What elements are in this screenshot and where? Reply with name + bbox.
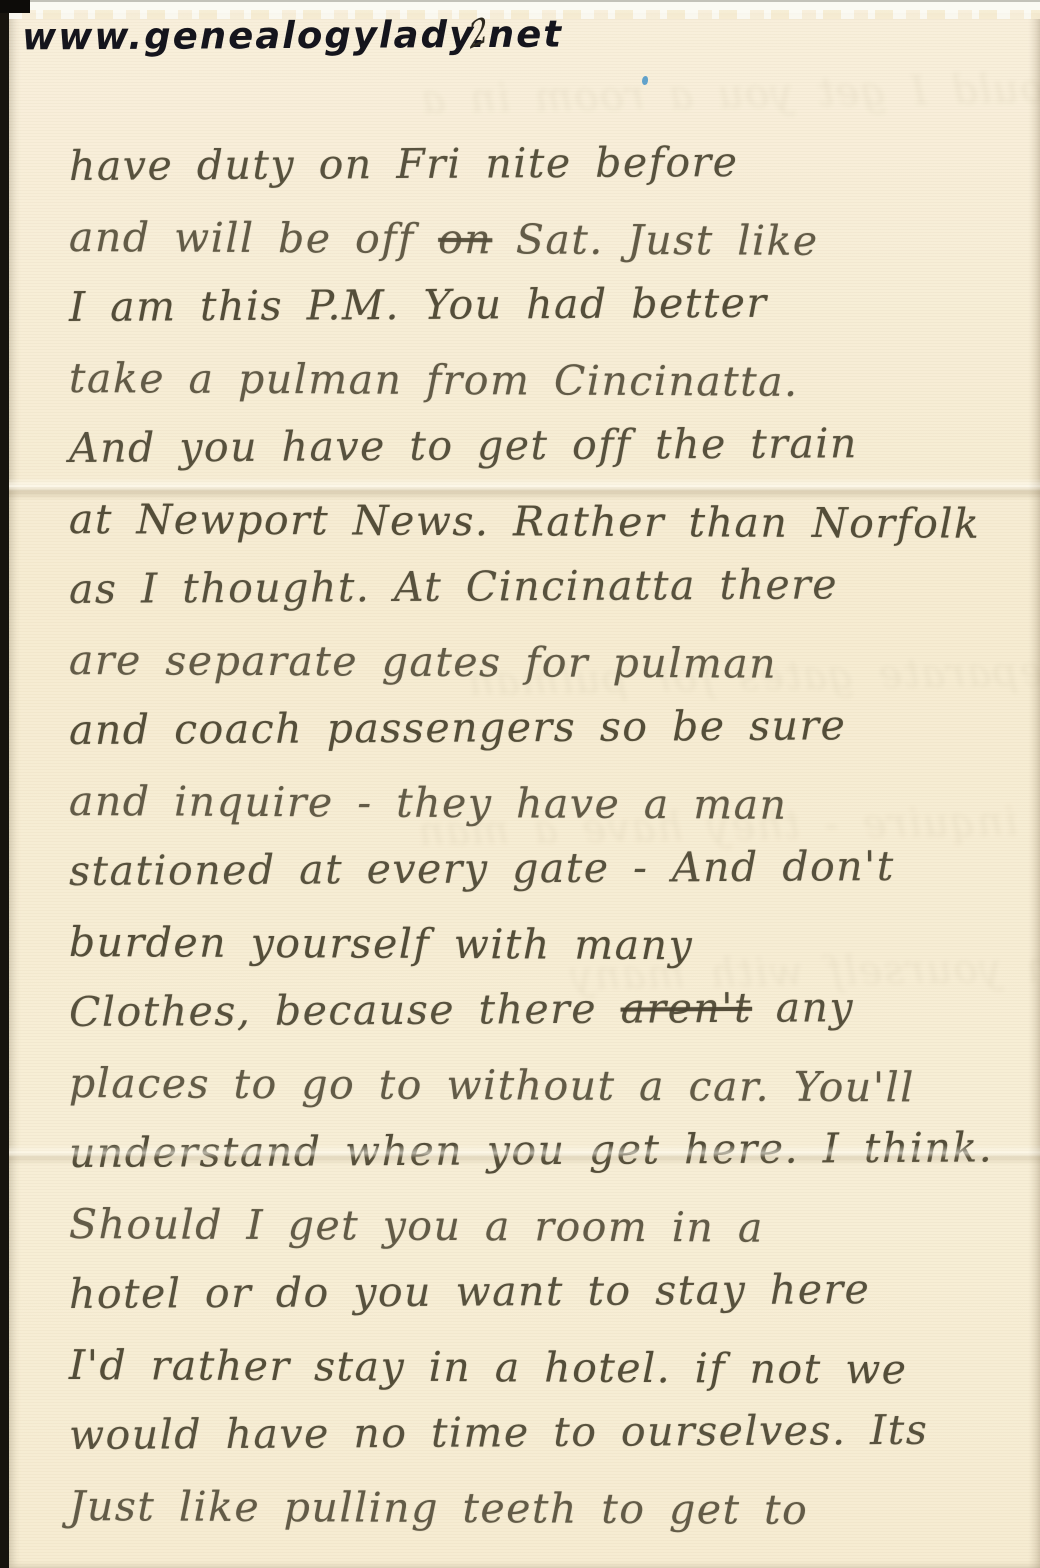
scanned-letter-page: Should I get you a room in a are separat… (0, 0, 1040, 1568)
line-text: at Newport News. Rather than Norfolk (69, 495, 981, 548)
line-text: any (752, 983, 854, 1032)
line-text: and coach passengers so be sure (69, 701, 847, 754)
line-text: understand when you get here. I think. (69, 1123, 993, 1177)
letter-line: Clothes, because there aren't any (69, 971, 1022, 1047)
letter-line: would have no time to ourselves. Its (69, 1394, 1022, 1470)
line-text: Just like pulling teeth to get to (69, 1482, 808, 1534)
letter-line: burden yourself with many (69, 907, 1022, 982)
letter-line: are separate gates for pulman (69, 625, 1022, 700)
line-text: are separate gates for pulman (69, 636, 777, 688)
letter-line: Just like pulling teeth to get to (69, 1471, 1022, 1546)
scanner-corner-black (0, 0, 30, 13)
line-text: have duty on Fri nite before (69, 138, 739, 190)
letter-line: I am this P.M. You had better (69, 266, 1022, 342)
letter-line: And you have to get off the train (69, 407, 1022, 483)
crossed-out-word: on (438, 214, 492, 262)
line-text: and will be off (69, 213, 438, 263)
bleedthrough-ghost-text: Should I get you a room in a (419, 65, 1040, 123)
letter-line: have duty on Fri nite before (69, 125, 1022, 201)
line-text: And you have to get off the train (69, 419, 858, 472)
letter-line: understand when you get here. I think. (69, 1112, 1022, 1188)
crossed-out-word: aren't (620, 984, 752, 1033)
letter-line: as I thought. At Cincinatta there (69, 548, 1022, 624)
paper-edge-shadow (1028, 13, 1040, 1568)
letter-line: take a pulman from Cincinatta. (69, 343, 1022, 418)
handwritten-page-number-mark: 2 (467, 8, 490, 57)
line-text: I am this P.M. You had better (69, 279, 768, 331)
line-text: burden yourself with many (69, 918, 693, 969)
letter-line: I'd rather stay in a hotel. if not we (69, 1330, 1022, 1405)
letter-paper: Should I get you a room in a are separat… (9, 13, 1040, 1568)
line-text: would have no time to ourselves. Its (69, 1406, 929, 1459)
letter-body: have duty on Fri nite before and will be… (69, 131, 1022, 1541)
letter-line: hotel or do you want to stay here (69, 1253, 1022, 1329)
letter-line: Should I get you a room in a (69, 1189, 1022, 1264)
letter-line: and will be off on Sat. Just like (69, 202, 1022, 277)
letter-line: places to go to without a car. You'll (69, 1048, 1022, 1123)
letter-line: and inquire - they have a man (69, 766, 1022, 841)
line-text: Should I get you a room in a (69, 1200, 764, 1252)
line-text: Sat. Just like (492, 215, 819, 265)
line-text: hotel or do you want to stay here (69, 1265, 871, 1318)
letter-line: at Newport News. Rather than Norfolk (69, 484, 1022, 559)
letter-line: and coach passengers so be sure (69, 689, 1022, 765)
line-text: and inquire - they have a man (69, 777, 788, 829)
line-text: stationed at every gate - And don't (69, 842, 895, 895)
line-text: places to go to without a car. You'll (69, 1059, 915, 1111)
line-text: I'd rather stay in a hotel. if not we (69, 1341, 908, 1393)
line-text: as I thought. At Cincinatta there (69, 560, 838, 613)
line-text: Clothes, because there (69, 985, 621, 1036)
letter-line: stationed at every gate - And don't (69, 830, 1022, 906)
line-text: take a pulman from Cincinatta. (69, 354, 799, 406)
scanner-edge-left (0, 0, 9, 1568)
